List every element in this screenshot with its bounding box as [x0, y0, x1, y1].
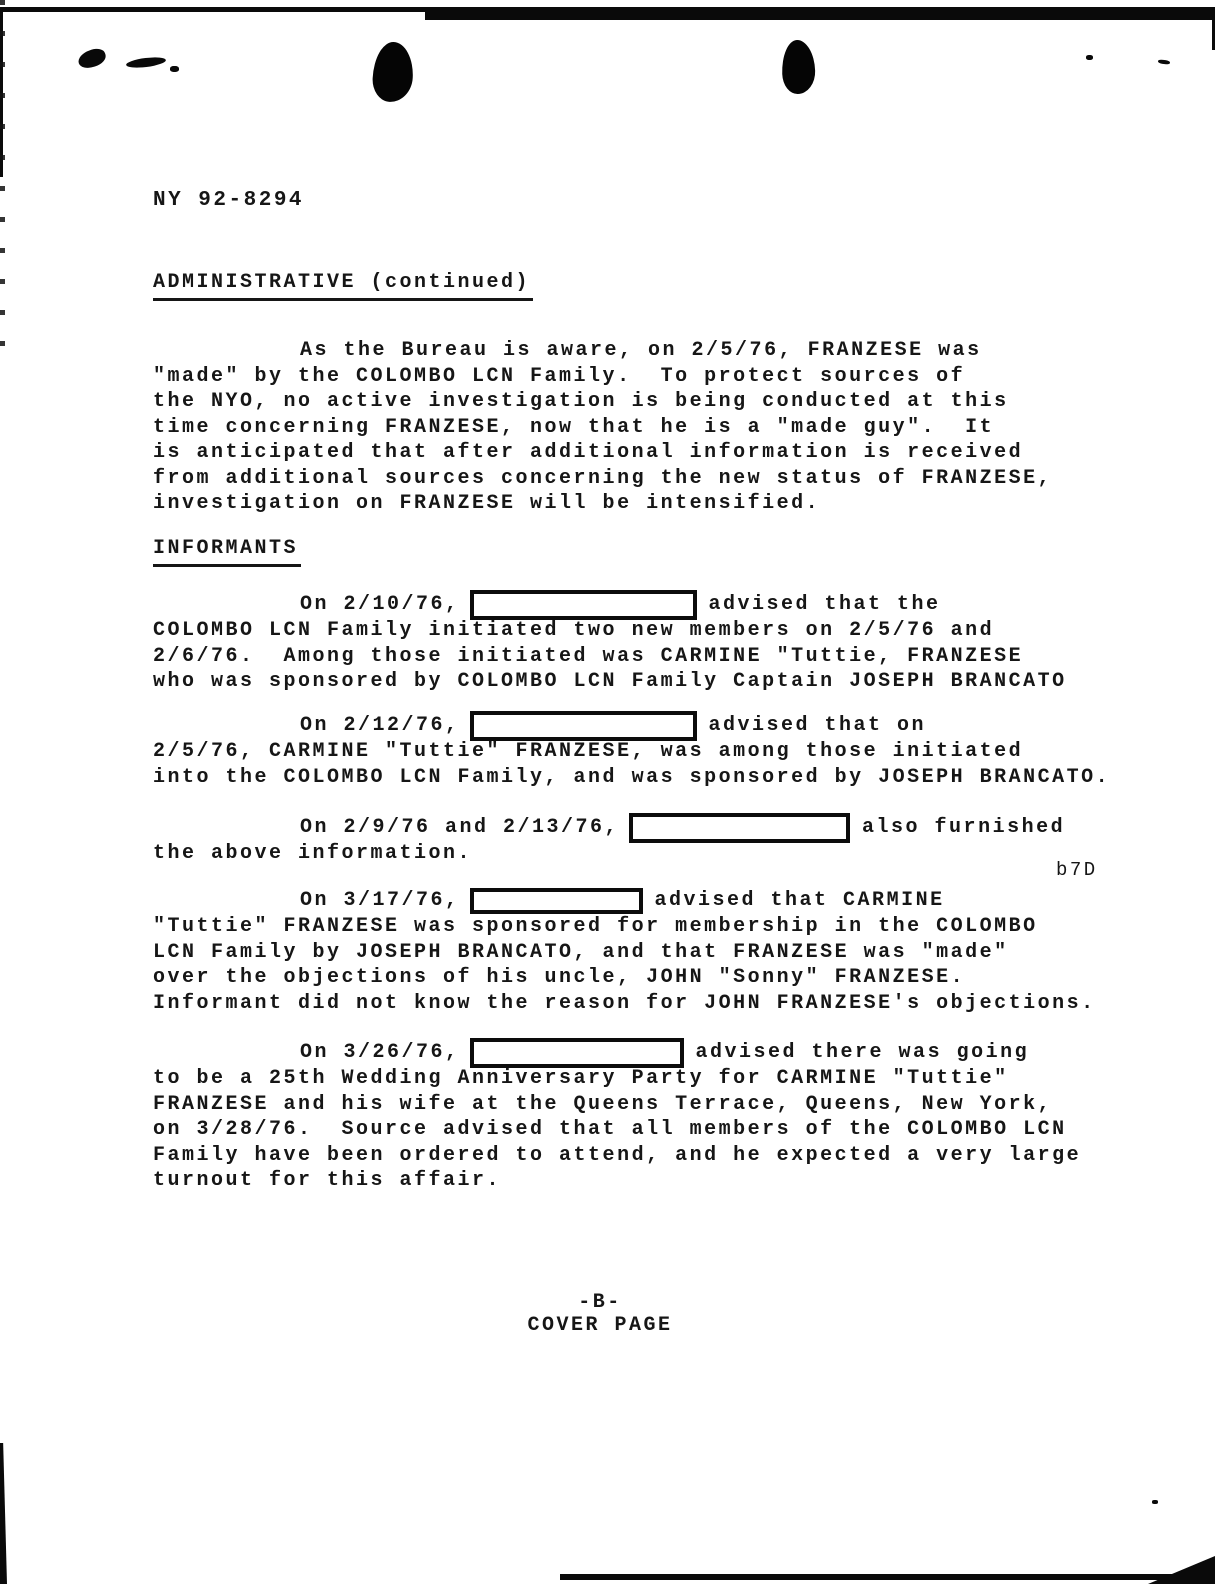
scan-edge-top-thick	[425, 7, 1215, 20]
informant-first-line: On 3/26/76, advised there was going	[153, 1040, 1081, 1066]
cover-page-label: COVER PAGE	[0, 1313, 1200, 1339]
informant-first-line: On 2/10/76, advised that the	[153, 592, 1067, 618]
exemption-code: b7D	[1056, 858, 1098, 884]
informant-paragraph-body: the above information.	[153, 841, 1065, 867]
scan-edge-bottom	[560, 1574, 1215, 1580]
informant-paragraph: On 3/17/76, advised that CARMINE "Tuttie…	[153, 888, 1096, 1016]
section-heading: ADMINISTRATIVE (continued)	[153, 270, 533, 301]
section-heading-wrap: ADMINISTRATIVE (continued)	[153, 270, 533, 301]
informant-paragraph-body: to be a 25th Wedding Anniversary Party f…	[153, 1066, 1081, 1194]
administrative-paragraph: As the Bureau is aware, on 2/5/76, FRANZ…	[153, 338, 1052, 517]
informant-paragraph: On 2/12/76, advised that on 2/5/76, CARM…	[153, 713, 1110, 790]
informant-after-text: also furnished	[862, 815, 1065, 841]
informant-paragraph-body: COLOMBO LCN Family initiated two new mem…	[153, 618, 1067, 695]
informants-heading: INFORMANTS	[153, 536, 301, 567]
informant-after-text: advised that on	[709, 713, 927, 739]
informant-paragraph: On 2/9/76 and 2/13/76, also furnished th…	[153, 815, 1065, 867]
pen-scribble	[76, 46, 108, 71]
informants-heading-wrap: INFORMANTS	[153, 536, 301, 567]
redaction-box	[470, 590, 697, 620]
informant-after-text: advised there was going	[696, 1040, 1030, 1066]
scan-speck	[1086, 55, 1093, 60]
informant-first-line: On 2/12/76, advised that on	[153, 713, 1110, 739]
redaction-box	[470, 1038, 684, 1068]
informant-date-text: On 3/17/76,	[300, 888, 460, 914]
informant-date-text: On 2/9/76 and 2/13/76,	[300, 815, 619, 841]
informant-date-text: On 3/26/76,	[300, 1040, 460, 1066]
informant-after-text: advised that the	[709, 592, 941, 618]
scan-speck	[1158, 59, 1170, 65]
scan-corner-wedge-right	[1148, 1556, 1215, 1584]
hole-punch-mark	[781, 39, 816, 94]
informant-paragraph: On 2/10/76, advised that the COLOMBO LCN…	[153, 592, 1067, 695]
informant-first-line: On 3/17/76, advised that CARMINE	[153, 888, 1096, 914]
hole-punch-mark	[371, 41, 414, 103]
pen-scribble	[126, 56, 167, 70]
redaction-box	[470, 888, 643, 914]
pen-scribble	[170, 66, 179, 72]
case-number: NY 92-8294	[153, 188, 304, 214]
informant-date-text: On 2/10/76,	[300, 592, 460, 618]
informant-after-text: advised that CARMINE	[655, 888, 945, 914]
informant-paragraph: On 3/26/76, advised there was going to b…	[153, 1040, 1081, 1194]
informant-date-text: On 2/12/76,	[300, 713, 460, 739]
document-page: NY 92-8294 ADMINISTRATIVE (continued) As…	[0, 0, 1215, 1584]
redaction-box	[629, 813, 850, 843]
scan-edge-ticks	[0, 0, 5, 372]
page-label: -B-	[0, 1290, 1200, 1316]
scan-speck	[1152, 1500, 1158, 1504]
redaction-box	[470, 711, 697, 741]
informant-first-line: On 2/9/76 and 2/13/76, also furnished	[153, 815, 1065, 841]
scan-corner-wedge-left	[0, 1443, 7, 1584]
informant-paragraph-body: "Tuttie" FRANZESE was sponsored for memb…	[153, 914, 1096, 1016]
informant-paragraph-body: 2/5/76, CARMINE "Tuttie" FRANZESE, was a…	[153, 739, 1110, 790]
